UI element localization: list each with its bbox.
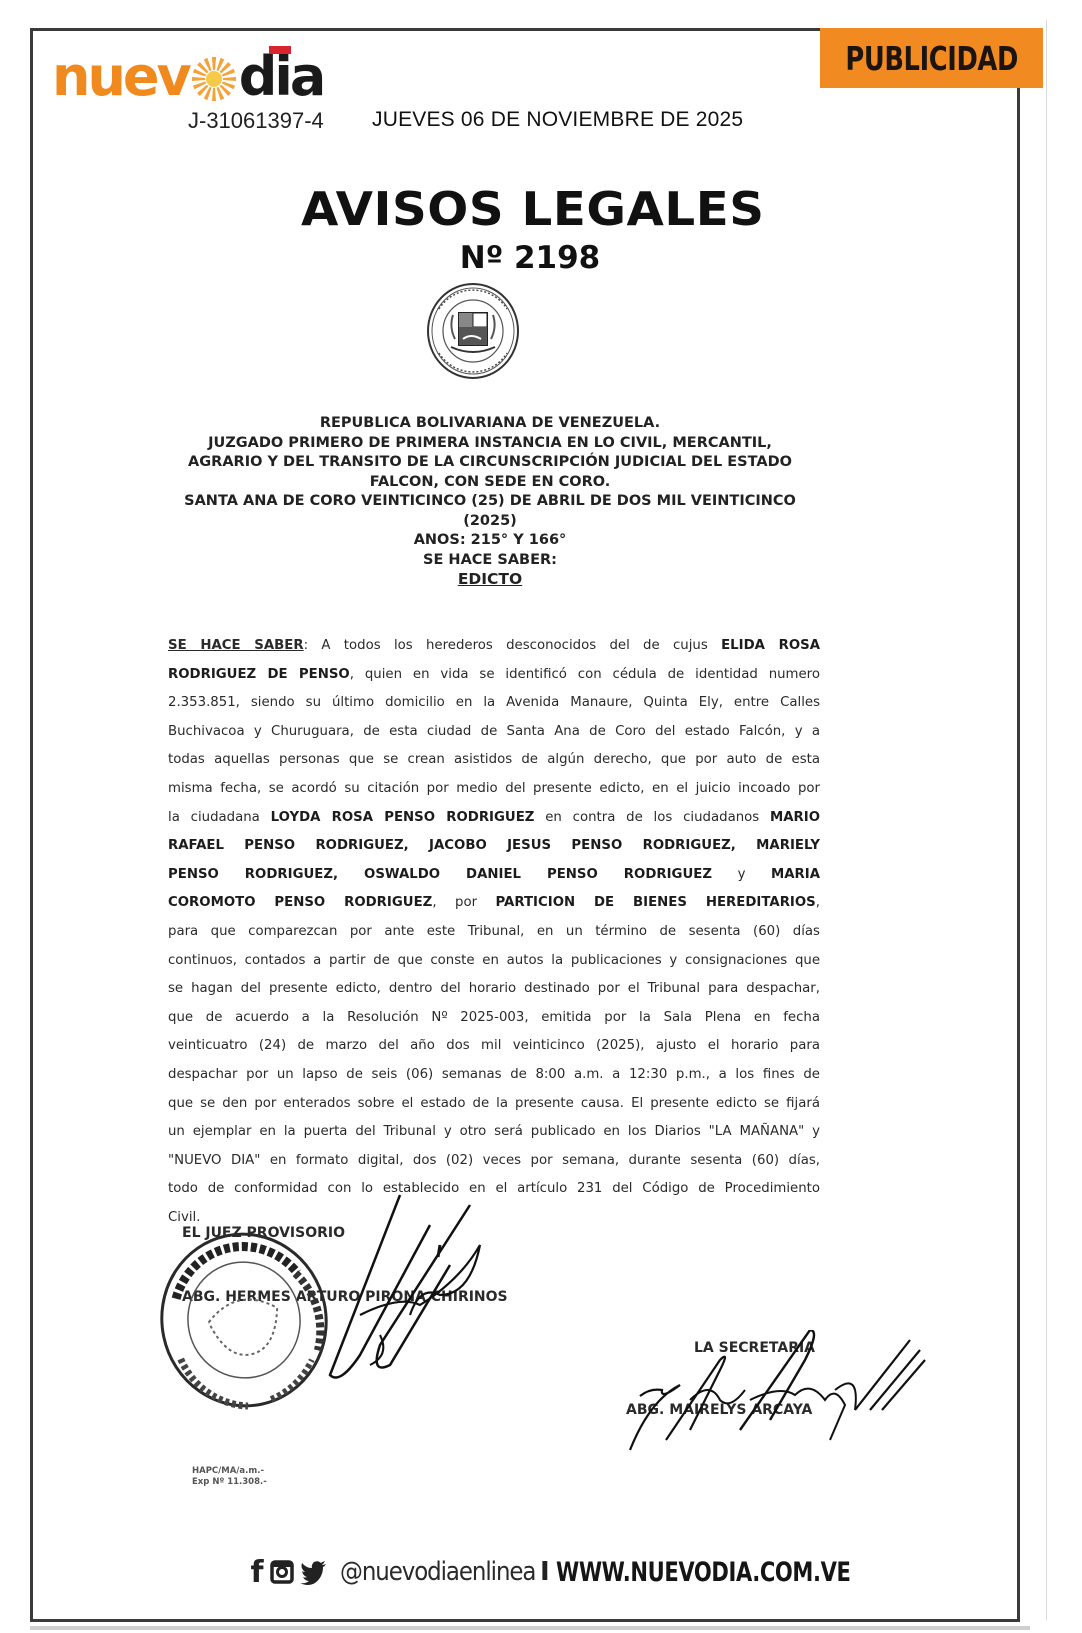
bold-name: ELIDA ROSA — [721, 638, 820, 653]
company-rif: J-31061397-4 — [188, 108, 324, 134]
court-header-line: ANOS: 215° Y 166° — [150, 531, 830, 551]
court-stamp-icon — [154, 1225, 334, 1415]
logo-text-nuev: nuev — [52, 50, 189, 104]
edict-text: se hagan del presente edicto, dentro del… — [168, 981, 820, 996]
logo-text-dia-label: dia — [239, 45, 324, 108]
edict-body-line: despachar por un lapso de seis (06) sema… — [168, 1061, 820, 1090]
edict-text: todas aquellas personas que se crean asi… — [168, 752, 820, 767]
judge-signature-icon — [320, 1185, 490, 1385]
logo-text-dia: dia — [239, 50, 324, 104]
edict-body: SE HACE SABER: A todos los herederos des… — [168, 632, 820, 1232]
court-header-line: (2025) — [150, 512, 830, 532]
court-header: REPUBLICA BOLIVARIANA DE VENEZUELA. JUZG… — [150, 414, 830, 590]
publication-date: JUEVES 06 DE NOVIEMBRE DE 2025 — [372, 108, 743, 132]
edict-text: , quien en vida se identificó con cédula… — [350, 667, 820, 682]
footer: f @nuevodiaenlinea I WWW.NUEVODIA.COM.VE — [250, 1552, 933, 1592]
edict-text: Civil. — [168, 1210, 200, 1225]
bold-name: PENSO RODRIGUEZ, OSWALDO DANIEL PENSO RO… — [168, 867, 712, 882]
instagram-icon[interactable] — [270, 1557, 294, 1587]
file-reference: HAPC/MA/a.m.- Exp Nº 11.308.- — [192, 1466, 267, 1488]
edict-lead: SE HACE SABER — [168, 638, 304, 653]
bold-name: RAFAEL PENSO RODRIGUEZ, JACOBO JESUS PEN… — [168, 838, 820, 853]
edict-body-line: RODRIGUEZ DE PENSO, quien en vida se ide… — [168, 661, 820, 690]
edict-text: : A todos los herederos desconocidos del… — [304, 638, 721, 653]
website-link[interactable]: WWW.NUEVODIA.COM.VE — [556, 1557, 851, 1588]
edict-text: Buchivacoa y Churuguara, de esta ciudad … — [168, 724, 820, 739]
edict-body-line: todas aquellas personas que se crean asi… — [168, 746, 820, 775]
edict-body-line: continuos, contados a partir de que cons… — [168, 947, 820, 976]
twitter-icon[interactable] — [300, 1557, 328, 1587]
edict-text: continuos, contados a partir de que cons… — [168, 953, 820, 968]
edict-body-line: que se den por enterados sobre el estado… — [168, 1090, 820, 1119]
edict-text: que se den por enterados sobre el estado… — [168, 1096, 820, 1111]
edict-body-line: que de acuerdo a la Resolución Nº 2025-0… — [168, 1004, 820, 1033]
edict-text: un ejemplar en la puerta del Tribunal y … — [168, 1124, 820, 1139]
page-title-text: AVISOS LEGALES — [301, 182, 765, 236]
facebook-icon[interactable]: f — [250, 1557, 264, 1587]
edict-body-line: "NUEVO DIA" en formato digital, dos (02)… — [168, 1147, 820, 1176]
social-handle[interactable]: @nuevodiaenlinea — [340, 1557, 507, 1587]
edict-body-line: se hagan del presente edicto, dentro del… — [168, 975, 820, 1004]
page-edge-bottom — [30, 1626, 1030, 1630]
secretary-signature-block: LA SECRETARIA ABG. MAIRELYS ARCAYA — [620, 1330, 940, 1450]
edict-body-line: COROMOTO PENSO RODRIGUEZ, por PARTICION … — [168, 889, 820, 918]
logo-accent-bar — [269, 46, 291, 54]
judge-signature-block: EL JUEZ PROVISORIO ABG. HERMES ARTURO PI… — [160, 1225, 580, 1425]
edict-body-line: la ciudadana LOYDA ROSA PENSO RODRIGUEZ … — [168, 804, 820, 833]
edict-text: que de acuerdo a la Resolución Nº 2025-0… — [168, 1010, 820, 1025]
court-header-line: REPUBLICA BOLIVARIANA DE VENEZUELA. — [150, 414, 830, 434]
edict-body-line: un ejemplar en la puerta del Tribunal y … — [168, 1118, 820, 1147]
edict-body-line: RAFAEL PENSO RODRIGUEZ, JACOBO JESUS PEN… — [168, 832, 820, 861]
bold-name: MARIA — [771, 867, 820, 882]
edict-body-line: para que comparezcan por ante este Tribu… — [168, 918, 820, 947]
edict-text: todo de conformidad con lo establecido e… — [168, 1181, 820, 1196]
edict-text: 2.353.851, siendo su último domicilio en… — [168, 695, 820, 710]
edict-text: , — [816, 895, 820, 910]
edict-text: en contra de los ciudadanos — [534, 810, 770, 825]
edict-body-line: SE HACE SABER: A todos los herederos des… — [168, 632, 820, 661]
tribunal-supremo-seal-icon — [425, 281, 521, 381]
file-reference-exp: Exp Nº 11.308.- — [192, 1477, 267, 1488]
court-header-line: SANTA ANA DE CORO VEINTICINCO (25) DE AB… — [150, 492, 830, 512]
edict-text: "NUEVO DIA" en formato digital, dos (02)… — [168, 1153, 820, 1168]
bold-name: COROMOTO PENSO RODRIGUEZ — [168, 895, 432, 910]
edict-text: para que comparezcan por ante este Tribu… — [168, 924, 820, 939]
edict-body-line: 2.353.851, siendo su último domicilio en… — [168, 689, 820, 718]
bold-name: PARTICION DE BIENES HEREDITARIOS — [496, 895, 816, 910]
document-type: EDICTO — [150, 570, 830, 590]
court-header-line: FALCON, CON SEDE EN CORO. — [150, 473, 830, 493]
edict-text: despachar por un lapso de seis (06) sema… — [168, 1067, 820, 1082]
court-header-line: JUZGADO PRIMERO DE PRIMERA INSTANCIA EN … — [150, 434, 830, 454]
section-tag-label: PUBLICIDAD — [845, 39, 1018, 78]
sun-icon — [191, 56, 237, 102]
file-reference-initials: HAPC/MA/a.m.- — [192, 1466, 267, 1477]
notice-number: Nº 2198 — [0, 240, 1060, 276]
court-header-line: SE HACE SABER: — [150, 551, 830, 571]
edict-body-line: misma fecha, se acordó su citación por m… — [168, 775, 820, 804]
section-tag-publicidad: PUBLICIDAD — [820, 28, 1043, 88]
edict-body-line: PENSO RODRIGUEZ, OSWALDO DANIEL PENSO RO… — [168, 861, 820, 890]
edict-body-line: todo de conformidad con lo establecido e… — [168, 1175, 820, 1204]
bold-name: RODRIGUEZ DE PENSO — [168, 667, 350, 682]
footer-separator: I — [540, 1557, 550, 1587]
edict-body-line: veinticuatro (24) de marzo del año dos m… — [168, 1032, 820, 1061]
edict-text: la ciudadana — [168, 810, 271, 825]
edict-body-line: Buchivacoa y Churuguara, de esta ciudad … — [168, 718, 820, 747]
edict-text: misma fecha, se acordó su citación por m… — [168, 781, 820, 796]
bold-name: MARIO — [770, 810, 820, 825]
nuevo-dia-logo: nuev — [52, 46, 323, 104]
bold-name: LOYDA ROSA PENSO RODRIGUEZ — [271, 810, 535, 825]
edict-text: , por — [432, 895, 495, 910]
page-title: AVISOS LEGALES — [0, 182, 1082, 236]
edict-text: y — [712, 867, 771, 882]
edict-text: veinticuatro (24) de marzo del año dos m… — [168, 1038, 820, 1053]
secretary-signature-icon — [620, 1330, 940, 1460]
court-header-line: AGRARIO Y DEL TRANSITO DE LA CIRCUNSCRIP… — [150, 453, 830, 473]
